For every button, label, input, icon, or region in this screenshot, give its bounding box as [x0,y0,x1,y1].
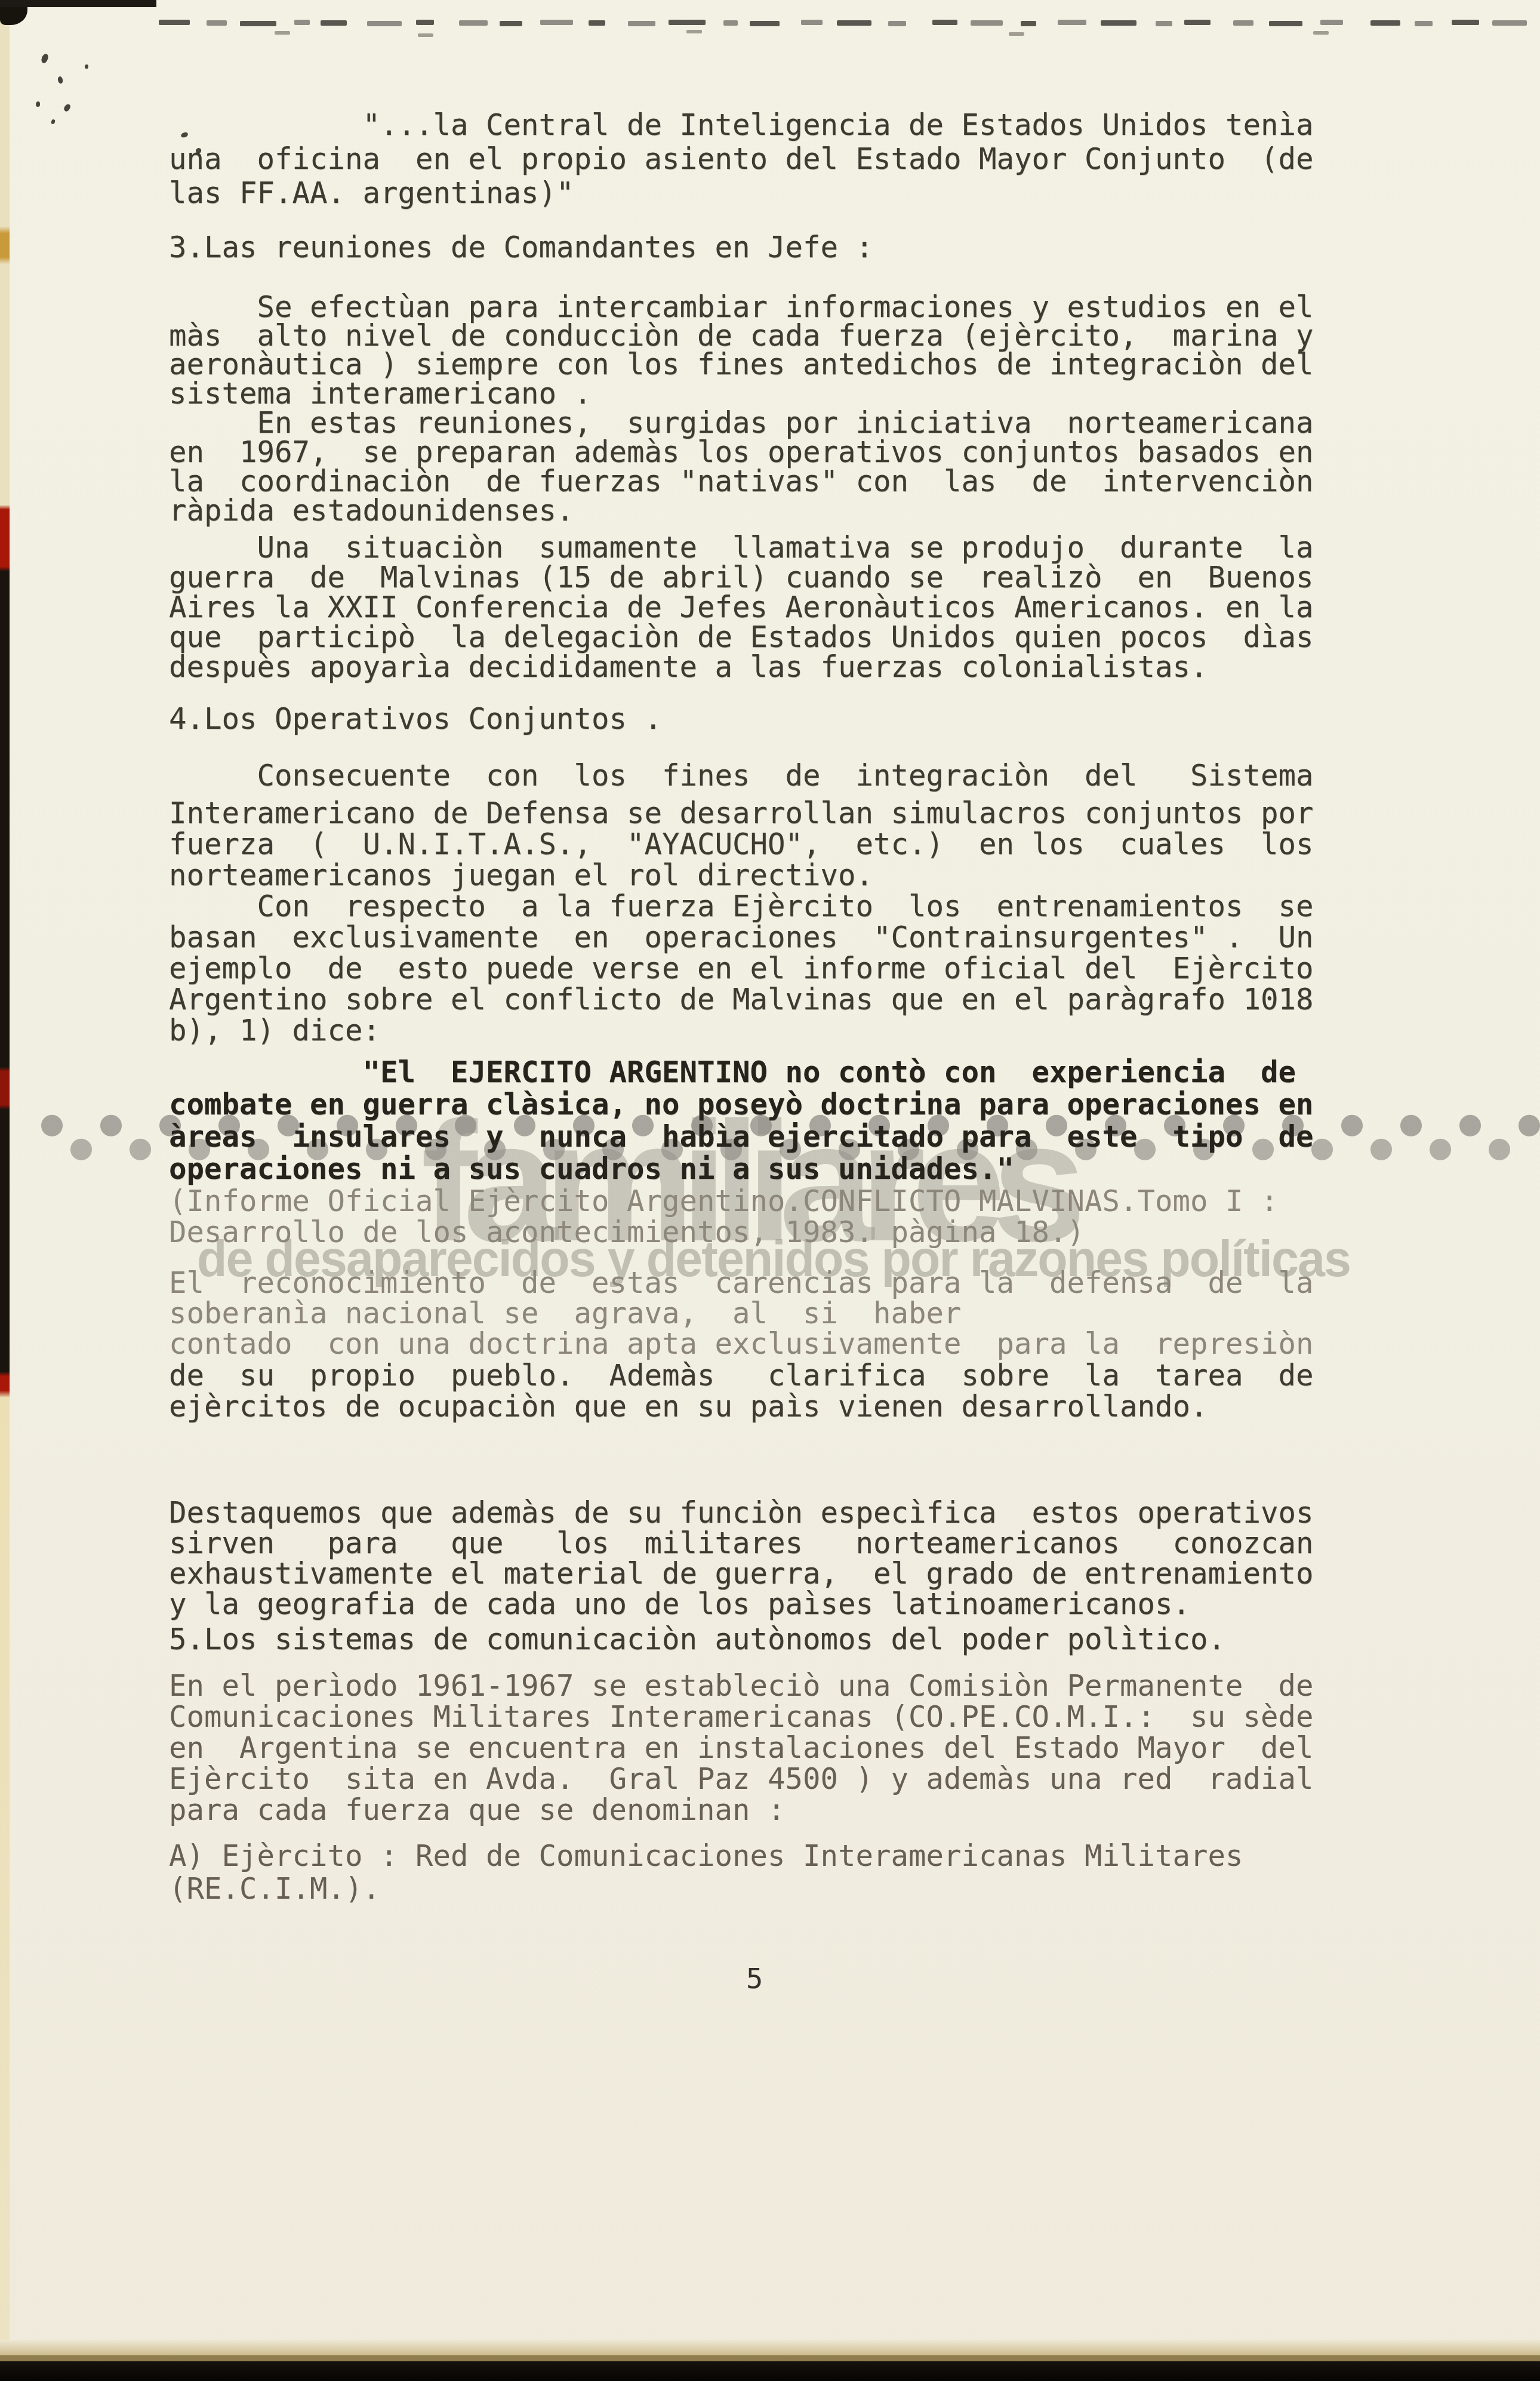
ink-speckle [51,119,56,124]
typewritten-line: (RE.C.I.M.). [169,1874,380,1903]
ink-speckle [63,103,71,113]
typewritten-line: que participò la delegaciòn de Estados U… [169,623,1314,652]
scan-tick [1009,32,1024,36]
typewritten-line: las FF.AA. argentinas)" [169,178,574,208]
scan-bottom-edge [0,2361,1540,2381]
person-figure-icon [51,1133,112,1273]
ink-speckle [85,64,88,69]
section-heading: 5.Los sistemas de comunicaciòn autònomos… [169,1625,1225,1654]
scan-bottom-shadow [0,2340,1540,2355]
typewritten-line: Desarrollo de los acontecimientos, 1983.… [169,1218,1085,1247]
typewritten-line: Consecuente con los fines de integraciòn… [169,761,1314,790]
scan-dash [1021,21,1036,26]
scan-dash [971,20,1003,26]
typewritten-line: (Informe Oficial Ejèrcito Argentino.CONF… [169,1187,1279,1216]
typewritten-line: operaciones ni a sus cuadros ni a sus un… [169,1154,1014,1184]
scan-tick [1313,31,1329,35]
scan-dash [1184,20,1211,25]
scan-tick [686,30,702,33]
scan-tick [275,31,290,35]
typewritten-line: fuerza ( U.N.I.T.A.S., "AYACUCHO", etc.)… [169,830,1314,859]
scan-dash [1415,21,1433,26]
scan-dash [723,20,738,26]
typewritten-line: Con respecto a la fuerza Ejèrcito los en… [169,892,1314,921]
scan-dash [159,20,190,25]
scan-dash [416,20,434,25]
scan-dash [1320,20,1343,25]
scan-left-edge-strip [0,0,10,2381]
scan-top-edge-bar [0,0,156,7]
person-figure-icon [110,1133,171,1273]
typewritten-line: àreas insulares y nunca habìa ejercitado… [169,1122,1314,1151]
typewritten-line: de su propio pueblo. Ademàs clarifica so… [169,1361,1314,1390]
scan-dash [628,21,655,26]
typewritten-line: Una situaciòn sumamente llamativa se pro… [169,533,1314,562]
ink-speckle [41,53,50,64]
typewritten-line: en 1967, se preparan ademàs los operativ… [169,438,1314,467]
typewritten-line: ejemplo de esto puede verse en el inform… [169,954,1314,983]
typewritten-line: una oficina en el propio asiento del Est… [169,144,1314,174]
scan-dash [500,21,522,26]
typewritten-line: sistema interamericano . [169,379,592,408]
typewritten-line: "...la Central de Inteligencia de Estado… [169,110,1314,140]
typewritten-line: sirven para que los militares norteameri… [169,1529,1314,1558]
typewritten-line: "El EJERCITO ARGENTINO no contò con expe… [169,1058,1296,1087]
scan-dash [1101,20,1136,26]
typewritten-line: Destaquemos que ademàs de su funciòn esp… [169,1498,1314,1527]
person-figure-icon [1410,1133,1471,1273]
typewritten-line: En estas reuniones, surgidas por iniciat… [169,408,1314,438]
typewritten-line: exhaustivamente el material de guerra, e… [169,1559,1314,1588]
scan-dash [1452,20,1479,25]
typewritten-line: Ejèrcito sita en Avda. Gral Paz 4500 ) y… [169,1764,1314,1794]
typewritten-line: soberanìa nacional se agrava, al si habe… [169,1299,962,1328]
scan-dash [540,20,573,25]
scan-dash [321,20,347,26]
typewritten-line: aeronàutica ) siempre con los fines ante… [169,350,1314,379]
scan-dash [1269,21,1302,26]
scan-dash [1156,21,1172,26]
scan-dash [669,20,706,25]
scan-dash [801,20,823,25]
scan-dash [589,20,605,26]
scan-dash [1058,20,1086,25]
scan-tick [418,33,433,37]
typewritten-line: para cada fuerza que se denominan : [169,1795,786,1825]
typewritten-line: Interamericano de Defensa se desarrollan… [169,799,1314,828]
typewritten-line: El reconocimiento de estas carencias par… [169,1268,1314,1298]
scan-dash [932,20,957,25]
typewritten-line: Se efectùan para intercambiar informacio… [169,292,1314,322]
typewritten-line: despuès apoyarìa decididamente a las fue… [169,652,1208,682]
ink-speckle [36,101,40,107]
typewritten-line: màs alto nivel de conducciòn de cada fue… [169,321,1314,350]
typewritten-line: A) Ejèrcito : Red de Comunicaciones Inte… [169,1841,1243,1871]
typewritten-line: la coordinaciòn de fuerzas "nativas" con… [169,467,1314,496]
typewritten-line: Aires la XXII Conferencia de Jefes Aeron… [169,593,1314,622]
typewritten-line: norteamericanos juegan el rol directivo. [169,861,873,890]
section-heading: 4.Los Operativos Conjuntos . [169,704,662,734]
scan-dash [459,20,488,26]
typewritten-line: En el perìodo 1961-1967 se estableciò un… [169,1671,1314,1701]
scan-dash [888,21,906,26]
scan-dash [294,20,310,25]
typewritten-line: b), 1) dice: [169,1016,380,1045]
person-figure-icon [1469,1133,1530,1273]
typewritten-line: y la geografia de cada uno de los paìses… [169,1590,1190,1619]
typewritten-line: ràpida estadounidenses. [169,496,574,525]
ink-speckle [57,76,64,84]
typewritten-line: basan exclusivamente en operaciones "Con… [169,923,1314,952]
typewritten-line: combate en guerra clàsica, no poseyò doc… [169,1090,1314,1119]
page-number: 5 [746,1963,763,1995]
scan-dash [1233,20,1253,26]
scan-dash [240,21,276,26]
scan-dash [367,21,402,26]
typewritten-line: contado con una doctrina apta exclusivam… [169,1329,1314,1359]
typewritten-line: Comunicaciones Militares Interamericanas… [169,1702,1314,1732]
typewritten-line: guerra de Malvinas (15 de abril) cuando … [169,563,1314,592]
scan-dash [207,20,227,26]
scan-dash [837,20,871,26]
typewritten-line: en Argentina se encuentra en instalacion… [169,1733,1314,1763]
scan-dash [750,21,780,26]
scan-dash [1492,20,1527,26]
scan-dash [1370,20,1400,26]
typewritten-line: ejèrcitos de ocupaciòn que en su paìs vi… [169,1392,1208,1421]
section-heading: 3.Las reuniones de Comandantes en Jefe : [169,233,873,262]
typewritten-line: Argentino sobre el conflicto de Malvinas… [169,985,1314,1014]
scan-bottom-line [0,2355,1540,2361]
person-figure-icon [1351,1133,1412,1273]
scanned-document-page: familiares de desaparecidos y detenidos … [0,0,1540,2381]
